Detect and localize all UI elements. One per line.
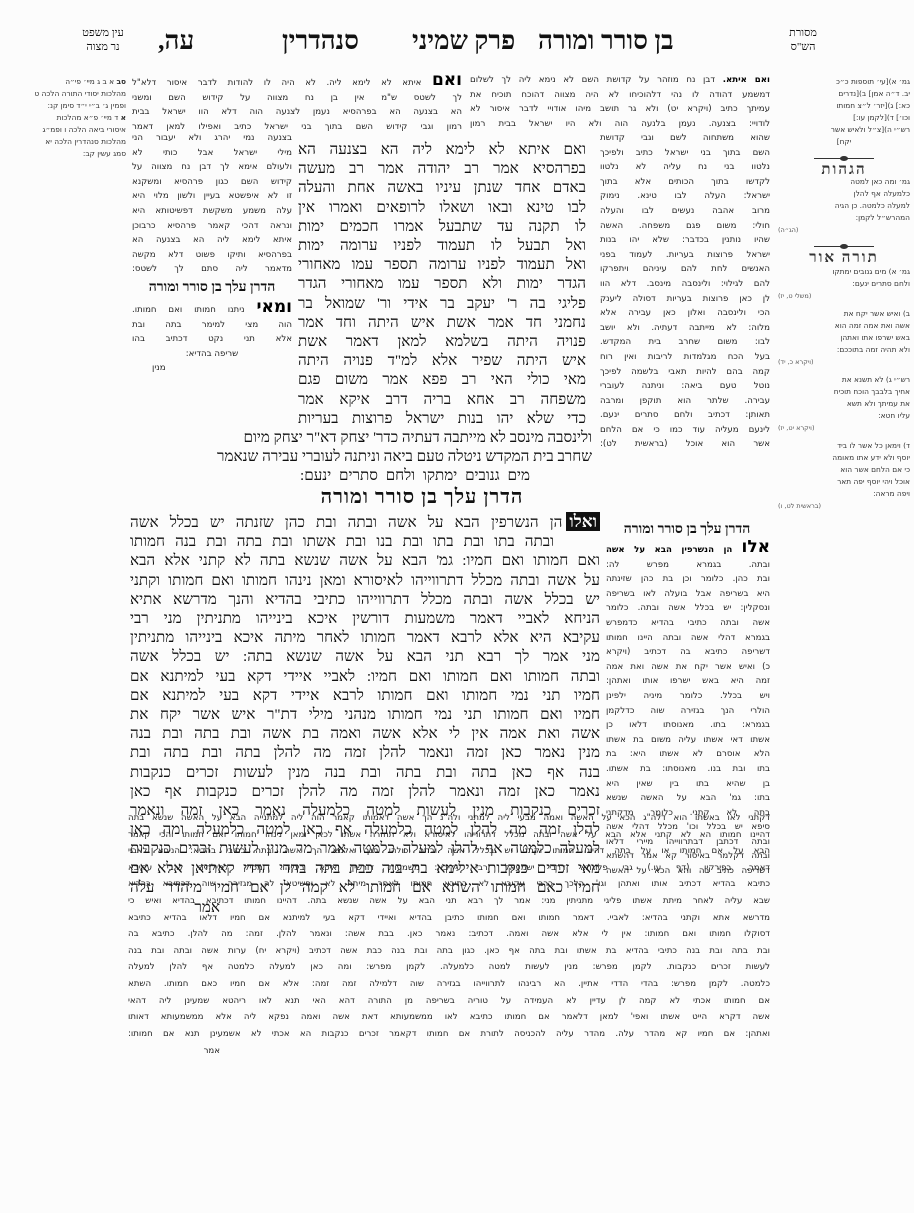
tosafot-dibur-hamatchil: ואם [432, 73, 462, 90]
torah-or-title: תורה אור [778, 252, 910, 264]
tosafot-commentary-narrow: בצנעה נמי יהרג ולא יעבור הני מילי ישראל … [132, 131, 292, 277]
gemara-hadran: הדרן עלך בן סורר ומורה [282, 486, 562, 509]
rashi-dibur-hamatchil: ואם איתא. [723, 75, 770, 85]
tractate-name: סנהדרין [282, 26, 359, 56]
ein-mishpat-entry: סב א ב ג מיי׳ פי״ה מהלכות יסודי התורה הל… [2, 76, 126, 112]
masoret-hashas-title: מסורת הש"ס [778, 26, 828, 54]
torah-or-entry: רש״י ג) לא תשנא את אחיך בלבבך הוכח תוכיח… [778, 374, 910, 434]
tosafot-commentary-mishnah: ומאי ניתנו חמותו ואם חמותו. הוה מצי למימ… [132, 300, 292, 376]
gemara-text-wide: ולינסבה מינסב לא מייתבה דעתיה כדר' יצחק … [252, 428, 592, 466]
gemara-closing-verse: מים גנובים ימתקו ולחם סתרים ינעם: [300, 466, 530, 485]
gemara-text-upper: ואם איתא לא לימא ליה הא בצנעה הא בפרהסיא… [298, 140, 586, 428]
hagahot-title: הגהות [778, 164, 910, 176]
rashi-catchword: אמר [160, 1044, 220, 1059]
rashi-commentary-narrow: שהוא משתחוה לשם וגבי קדושת השם בתוך בני … [600, 131, 770, 452]
daf-number: עה, [158, 26, 194, 56]
ein-mishpat-entry: א ד מיי׳ פ״א מהלכות איסורי ביאה הלכה ו ו… [2, 112, 126, 160]
mishnah-opening-word: ואלו [566, 512, 600, 531]
chapter-name: בן סורר ומורה [538, 26, 674, 56]
torah-or-entry: ד) וימאן כל אשר לו ביד יוסף ולא ידע אתו … [778, 440, 910, 512]
right-margin-column: גמ׳ א)[עי׳ תוספות כ״כ יב. ד״ה אמן] ב)[נד… [778, 76, 910, 512]
hagahot-notes: גמ׳ ומה כאן למטה כלמעלה אף להלן למעלה כל… [778, 176, 910, 236]
torah-or-entry: ב) ואיש אשר יקח את אשה ואת אמה זמה הוא ב… [778, 308, 910, 368]
ein-mishpat-title: עין משפט נר מצוה [78, 26, 128, 54]
ornament-divider [778, 242, 910, 250]
masoret-hashas-notes: גמ׳ א)[עי׳ תוספות כ״כ יב. ד״ה אמן] ב)[נד… [778, 76, 910, 148]
rashi-commentary-bottom: דקתני לאו באשתו הוא דלה"ג הכא על האשה וא… [128, 810, 770, 1042]
rashi-commentary: ואם איתא. דבן נח מוזהר על קדושת השם לא נ… [470, 73, 770, 131]
tosafot-commentary: ואם איתא לא לימא ליה. לא היה לו להודות ל… [132, 73, 462, 134]
ornament-divider [778, 154, 910, 162]
rashi-hadran: הדרן עלך בן סורר ומורה [604, 522, 770, 538]
ein-mishpat-column: סב א ב ג מיי׳ פי״ה מהלכות יסודי התורה הל… [2, 76, 126, 160]
torah-or-entry: גמ׳ א) מים גנובים ימתקו ולחם סתרים ינעם:… [778, 266, 910, 302]
tosafot-hadran: הדרן עלך בן סורר ומורה [132, 280, 292, 296]
chapter-number: פרק שמיני [412, 26, 515, 56]
